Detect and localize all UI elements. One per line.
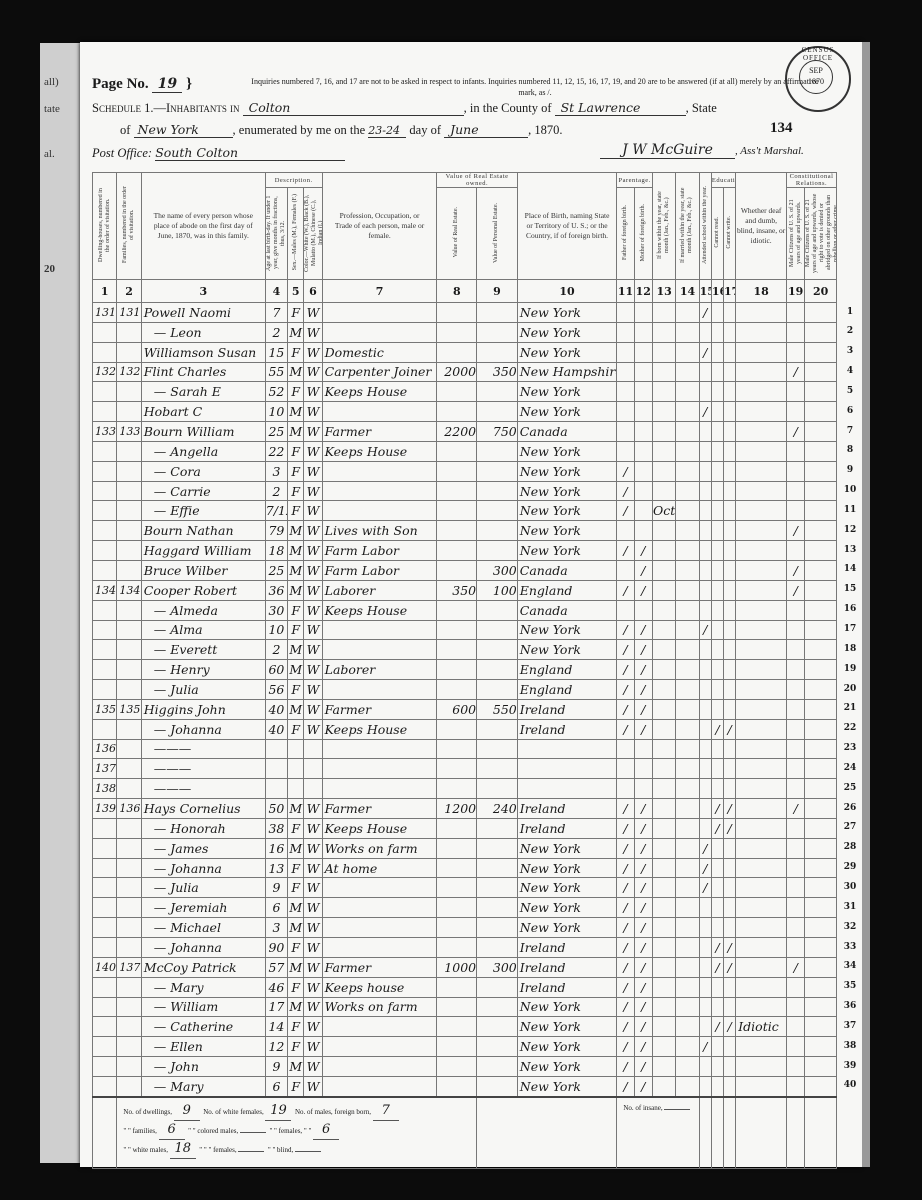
- vote-denied: [805, 501, 837, 521]
- personal-estate-value: [477, 521, 518, 541]
- attended-school: [699, 461, 711, 481]
- married-within-year: [676, 541, 699, 561]
- father-foreign: [617, 322, 634, 342]
- father-foreign: [617, 441, 634, 461]
- family-number: [117, 541, 141, 561]
- male-citizen: [787, 838, 805, 858]
- families-count: 6: [159, 1121, 185, 1140]
- attended-school: /: [699, 620, 711, 640]
- born-within-year: [652, 779, 675, 799]
- col-header-family: Families, numbered in the order of visit…: [117, 173, 141, 280]
- age: 30: [265, 600, 287, 620]
- cannot-write: [724, 580, 736, 600]
- real-estate-value: [437, 660, 477, 680]
- table-row: 138———: [93, 779, 837, 799]
- cannot-read: [711, 1057, 723, 1077]
- occupation: At home: [322, 858, 437, 878]
- vote-denied: [805, 560, 837, 580]
- family-number: [117, 342, 141, 362]
- disability: [736, 779, 787, 799]
- family-number: [117, 977, 141, 997]
- vote-denied: [805, 322, 837, 342]
- birthplace: New York: [517, 481, 617, 501]
- birthplace: New York: [517, 303, 617, 323]
- family-number: [117, 441, 141, 461]
- age: 6: [265, 1076, 287, 1096]
- age: 13: [265, 858, 287, 878]
- attended-school: [699, 362, 711, 382]
- dwelling-number: [93, 640, 117, 660]
- col-header-dwelling: Dwelling-houses, numbered in the order o…: [93, 173, 117, 280]
- color: W: [304, 362, 322, 382]
- cannot-read: [711, 680, 723, 700]
- prev-page-fragment: 20: [44, 263, 55, 275]
- father-foreign: /: [617, 481, 634, 501]
- cannot-write: /: [724, 1017, 736, 1037]
- family-number: [117, 481, 141, 501]
- census-office-stamp: CENSUS OFFICE SEP 1870: [785, 46, 851, 112]
- col-header-occupation: Profession, Occupation, or Trade of each…: [322, 173, 437, 280]
- occupation: Farmer: [322, 799, 437, 819]
- real-estate-value: [437, 640, 477, 660]
- disability: [736, 521, 787, 541]
- row-number: 21: [840, 703, 860, 713]
- father-foreign: [617, 739, 634, 759]
- mother-foreign: /: [634, 997, 652, 1017]
- page-header: Page No. 19 } Inquiries numbered 7, 16, …: [80, 42, 862, 172]
- born-within-year: [652, 1017, 675, 1037]
- color: W: [304, 898, 322, 918]
- attended-school: [699, 699, 711, 719]
- vote-denied: [805, 938, 837, 958]
- age: 2: [265, 322, 287, 342]
- person-name: ———: [141, 779, 265, 799]
- mother-foreign: [634, 779, 652, 799]
- person-name: Bruce Wilber: [141, 560, 265, 580]
- row-number: 9: [840, 465, 860, 475]
- married-within-year: [676, 521, 699, 541]
- married-within-year: [676, 878, 699, 898]
- cannot-write: [724, 402, 736, 422]
- male-citizen: /: [787, 362, 805, 382]
- row-number: 33: [840, 942, 860, 952]
- person-name: — Effie: [141, 501, 265, 521]
- cannot-read: [711, 640, 723, 660]
- sex: M: [288, 560, 304, 580]
- disability: [736, 898, 787, 918]
- occupation: [322, 481, 437, 501]
- male-citizen: [787, 878, 805, 898]
- sex: M: [288, 898, 304, 918]
- family-number: 132: [117, 362, 141, 382]
- instructions-note: Inquiries numbered 7, 16, and 17 are not…: [250, 76, 820, 98]
- married-within-year: [676, 560, 699, 580]
- table-row: 140137McCoy Patrick57MWFarmer1000300Irel…: [93, 957, 837, 977]
- real-estate-value: 2200: [437, 422, 477, 442]
- age: 7: [265, 303, 287, 323]
- male-citizen: [787, 382, 805, 402]
- occupation: [322, 739, 437, 759]
- attended-school: [699, 322, 711, 342]
- family-number: 135: [117, 699, 141, 719]
- col-header-cannot-read: Cannot read.: [711, 188, 723, 280]
- person-name: — Mary: [141, 977, 265, 997]
- cannot-write: [724, 838, 736, 858]
- male-citizen: [787, 997, 805, 1017]
- color: W: [304, 521, 322, 541]
- attended-school: [699, 739, 711, 759]
- father-foreign: /: [617, 680, 634, 700]
- mother-foreign: /: [634, 818, 652, 838]
- sex: M: [288, 322, 304, 342]
- sex: M: [288, 580, 304, 600]
- married-within-year: [676, 441, 699, 461]
- real-estate-value: [437, 858, 477, 878]
- male-citizen: [787, 1017, 805, 1037]
- mother-foreign: [634, 441, 652, 461]
- dwelling-number: 131: [93, 303, 117, 323]
- age: 60: [265, 660, 287, 680]
- color: W: [304, 997, 322, 1017]
- family-number: [117, 779, 141, 799]
- place-field: Colton: [243, 100, 464, 116]
- vote-denied: [805, 957, 837, 977]
- color: W: [304, 977, 322, 997]
- table-row: — Mary46FWKeeps houseIreland//: [93, 977, 837, 997]
- person-name: ———: [141, 759, 265, 779]
- married-within-year: [676, 402, 699, 422]
- born-within-year: [652, 541, 675, 561]
- sex: F: [288, 382, 304, 402]
- father-foreign: /: [617, 858, 634, 878]
- cannot-read: [711, 699, 723, 719]
- married-within-year: [676, 481, 699, 501]
- birthplace: New York: [517, 441, 617, 461]
- mother-foreign: [634, 303, 652, 323]
- vote-denied: [805, 898, 837, 918]
- cannot-write: [724, 878, 736, 898]
- born-within-year: [652, 680, 675, 700]
- male-citizen: [787, 739, 805, 759]
- birthplace: New York: [517, 997, 617, 1017]
- vote-denied: [805, 441, 837, 461]
- color: W: [304, 303, 322, 323]
- real-estate-value: [437, 382, 477, 402]
- real-estate-value: [437, 541, 477, 561]
- person-name: Bourn Nathan: [141, 521, 265, 541]
- real-estate-value: [437, 918, 477, 938]
- age: 6: [265, 898, 287, 918]
- male-citizen: /: [787, 580, 805, 600]
- real-estate-value: [437, 521, 477, 541]
- disability: [736, 719, 787, 739]
- age: 90: [265, 938, 287, 958]
- page-number-value: 19: [152, 76, 182, 93]
- age: 15: [265, 342, 287, 362]
- male-citizen: [787, 977, 805, 997]
- married-within-year: [676, 759, 699, 779]
- married-within-year: [676, 1037, 699, 1057]
- dwelling-number: [93, 402, 117, 422]
- cannot-write: [724, 640, 736, 660]
- father-foreign: [617, 521, 634, 541]
- cannot-write: [724, 322, 736, 342]
- born-within-year: [652, 878, 675, 898]
- color: W: [304, 461, 322, 481]
- table-row: — William17MWWorks on farmNew York//: [93, 997, 837, 1017]
- birthplace: Ireland: [517, 699, 617, 719]
- male-citizen: [787, 303, 805, 323]
- attended-school: [699, 1057, 711, 1077]
- father-foreign: /: [617, 957, 634, 977]
- vote-denied: [805, 739, 837, 759]
- sex: F: [288, 719, 304, 739]
- state-field: New York: [134, 122, 233, 138]
- born-within-year: [652, 1076, 675, 1096]
- father-foreign: /: [617, 838, 634, 858]
- row-number: 28: [840, 842, 860, 852]
- male-citizen: [787, 759, 805, 779]
- cannot-read: [711, 580, 723, 600]
- vote-denied: [805, 1076, 837, 1096]
- male-citizen: [787, 461, 805, 481]
- sex: M: [288, 362, 304, 382]
- birthplace: New York: [517, 1076, 617, 1096]
- cannot-write: [724, 759, 736, 779]
- row-number: 23: [840, 743, 860, 753]
- row-number: 34: [840, 961, 860, 971]
- age: 2: [265, 481, 287, 501]
- occupation: Keeps house: [322, 977, 437, 997]
- dwelling-number: [93, 680, 117, 700]
- attended-school: [699, 938, 711, 958]
- marshal-line: J W McGuire, Ass't Marshal.: [600, 142, 804, 159]
- father-foreign: /: [617, 719, 634, 739]
- row-number: 14: [840, 564, 860, 574]
- cannot-read: [711, 461, 723, 481]
- attended-school: [699, 719, 711, 739]
- occupation: [322, 501, 437, 521]
- attended-school: [699, 560, 711, 580]
- occupation: [322, 898, 437, 918]
- personal-estate-value: 350: [477, 362, 518, 382]
- attended-school: [699, 580, 711, 600]
- person-name: — Johanna: [141, 719, 265, 739]
- real-estate-value: 350: [437, 580, 477, 600]
- personal-estate-value: [477, 739, 518, 759]
- cannot-write: /: [724, 938, 736, 958]
- color: W: [304, 422, 322, 442]
- person-name: — Catherine: [141, 1017, 265, 1037]
- color: W: [304, 441, 322, 461]
- real-estate-value: [437, 977, 477, 997]
- male-citizen: [787, 640, 805, 660]
- born-within-year: [652, 957, 675, 977]
- table-row: 135135Higgins John40MWFarmer600550Irelan…: [93, 699, 837, 719]
- occupation: [322, 918, 437, 938]
- row-number: 32: [840, 922, 860, 932]
- page-number: Page No. 19 }: [92, 76, 192, 93]
- sex: F: [288, 680, 304, 700]
- color: W: [304, 322, 322, 342]
- cannot-write: [724, 898, 736, 918]
- table-row: — James16MWWorks on farmNew York///: [93, 838, 837, 858]
- row-number: 40: [840, 1080, 860, 1090]
- cannot-write: [724, 342, 736, 362]
- married-within-year: [676, 660, 699, 680]
- attended-school: /: [699, 838, 711, 858]
- person-name: — Henry: [141, 660, 265, 680]
- vote-denied: [805, 838, 837, 858]
- cannot-write: [724, 521, 736, 541]
- father-foreign: /: [617, 461, 634, 481]
- table-row: — John9MWNew York//: [93, 1057, 837, 1077]
- row-number: 5: [840, 386, 860, 396]
- vote-denied: [805, 382, 837, 402]
- father-foreign: /: [617, 818, 634, 838]
- occupation: Keeps House: [322, 382, 437, 402]
- sex: M: [288, 957, 304, 977]
- family-number: [117, 739, 141, 759]
- age: 56: [265, 680, 287, 700]
- birthplace: Ireland: [517, 938, 617, 958]
- cannot-read: [711, 898, 723, 918]
- born-within-year: [652, 1057, 675, 1077]
- dwelling-number: [93, 620, 117, 640]
- row-number: 12: [840, 525, 860, 535]
- sex: M: [288, 660, 304, 680]
- father-foreign: /: [617, 977, 634, 997]
- cannot-write: [724, 858, 736, 878]
- occupation: [322, 402, 437, 422]
- birthplace: New York: [517, 1037, 617, 1057]
- real-estate-value: [437, 898, 477, 918]
- dwelling-number: 140: [93, 957, 117, 977]
- month-field: June: [444, 122, 528, 138]
- sex: M: [288, 997, 304, 1017]
- married-within-year: [676, 719, 699, 739]
- real-estate-value: [437, 600, 477, 620]
- male-citizen: [787, 699, 805, 719]
- white-males-count: 18: [170, 1140, 196, 1159]
- personal-estate-value: [477, 600, 518, 620]
- vote-denied: [805, 461, 837, 481]
- male-citizen: [787, 1037, 805, 1057]
- birthplace: New York: [517, 322, 617, 342]
- disability: [736, 541, 787, 561]
- col-header-birthplace: Place of Birth, naming State or Territor…: [517, 173, 617, 280]
- male-citizen: [787, 322, 805, 342]
- mother-foreign: [634, 382, 652, 402]
- mother-foreign: /: [634, 680, 652, 700]
- col-group-value: Value of Real Estate owned.: [437, 173, 517, 188]
- sex: F: [288, 1076, 304, 1096]
- cannot-read: [711, 441, 723, 461]
- birthplace: Canada: [517, 560, 617, 580]
- age: 22: [265, 441, 287, 461]
- table-row: — Carrie2FWNew York/: [93, 481, 837, 501]
- male-citizen: [787, 501, 805, 521]
- real-estate-value: 2000: [437, 362, 477, 382]
- attended-school: [699, 779, 711, 799]
- family-number: [117, 938, 141, 958]
- person-name: — Mary: [141, 1076, 265, 1096]
- sex: F: [288, 461, 304, 481]
- dwelling-number: [93, 898, 117, 918]
- age: 16: [265, 838, 287, 858]
- color: W: [304, 541, 322, 561]
- vote-denied: [805, 402, 837, 422]
- row-number: 25: [840, 783, 860, 793]
- disability: [736, 918, 787, 938]
- row-number: 26: [840, 803, 860, 813]
- sex: F: [288, 1017, 304, 1037]
- person-name: Williamson Susan: [141, 342, 265, 362]
- age: 25: [265, 560, 287, 580]
- birthplace: Ireland: [517, 957, 617, 977]
- color: W: [304, 1076, 322, 1096]
- cannot-write: [724, 382, 736, 402]
- cannot-write: [724, 680, 736, 700]
- cannot-read: /: [711, 957, 723, 977]
- attended-school: [699, 640, 711, 660]
- mother-foreign: /: [634, 898, 652, 918]
- color: W: [304, 481, 322, 501]
- birthplace: New York: [517, 620, 617, 640]
- family-number: [117, 1017, 141, 1037]
- person-name: — William: [141, 997, 265, 1017]
- vote-denied: [805, 680, 837, 700]
- sex: F: [288, 938, 304, 958]
- real-estate-value: [437, 997, 477, 1017]
- cannot-read: /: [711, 818, 723, 838]
- disability: [736, 422, 787, 442]
- mother-foreign: [634, 600, 652, 620]
- disability: [736, 1057, 787, 1077]
- attended-school: /: [699, 303, 711, 323]
- color: W: [304, 858, 322, 878]
- occupation: [322, 1057, 437, 1077]
- age: 10: [265, 620, 287, 640]
- family-number: [117, 402, 141, 422]
- family-number: [117, 461, 141, 481]
- personal-estate-value: [477, 441, 518, 461]
- vote-denied: [805, 977, 837, 997]
- color: W: [304, 799, 322, 819]
- table-row: — Julia56FWEngland//: [93, 680, 837, 700]
- mother-foreign: [634, 461, 652, 481]
- birthplace: [517, 759, 617, 779]
- father-foreign: /: [617, 878, 634, 898]
- personal-estate-value: [477, 938, 518, 958]
- row-number: 10: [840, 485, 860, 495]
- white-females-count: 19: [265, 1102, 291, 1121]
- occupation: Keeps House: [322, 600, 437, 620]
- dwelling-number: [93, 1057, 117, 1077]
- sex: M: [288, 838, 304, 858]
- married-within-year: [676, 1017, 699, 1037]
- occupation: Works on farm: [322, 997, 437, 1017]
- birthplace: [517, 779, 617, 799]
- occupation: Farm Labor: [322, 541, 437, 561]
- cannot-write: /: [724, 957, 736, 977]
- day-field: 23-24: [368, 124, 406, 138]
- sex: F: [288, 600, 304, 620]
- real-estate-value: [437, 501, 477, 521]
- disability: [736, 858, 787, 878]
- cannot-write: [724, 739, 736, 759]
- table-row: Hobart C10MWNew York/: [93, 402, 837, 422]
